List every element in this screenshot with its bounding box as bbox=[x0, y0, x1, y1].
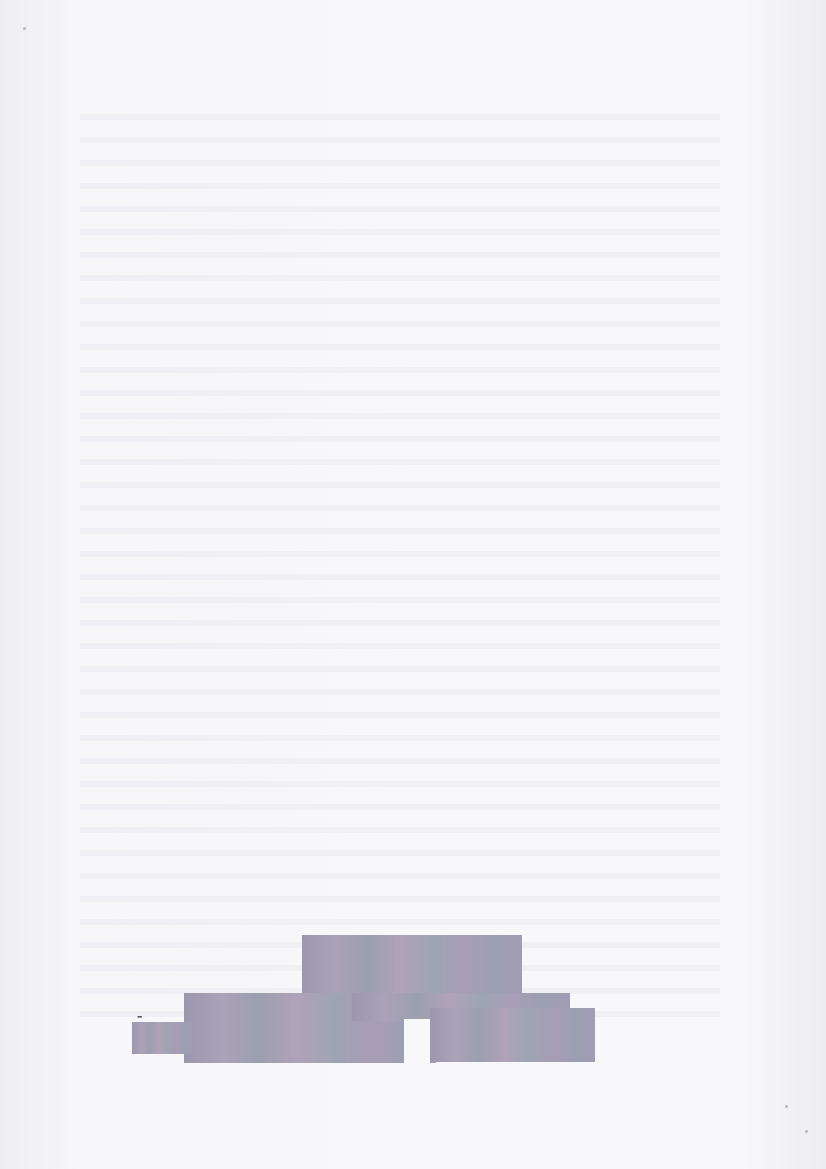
redaction-block-left bbox=[132, 1022, 192, 1054]
judges-label: - bbox=[137, 1006, 142, 1026]
redaction-gap bbox=[404, 1019, 430, 1063]
scanned-page: - bbox=[0, 0, 826, 1169]
document-body bbox=[137, 122, 727, 189]
ruling-heading bbox=[137, 144, 727, 167]
redaction-block-far-right bbox=[430, 1008, 595, 1062]
scan-speck bbox=[805, 1130, 808, 1133]
redaction-block-top bbox=[302, 935, 522, 995]
scan-speck bbox=[785, 1105, 788, 1108]
bleed-through-background bbox=[80, 100, 720, 1030]
scan-speck bbox=[23, 27, 26, 30]
